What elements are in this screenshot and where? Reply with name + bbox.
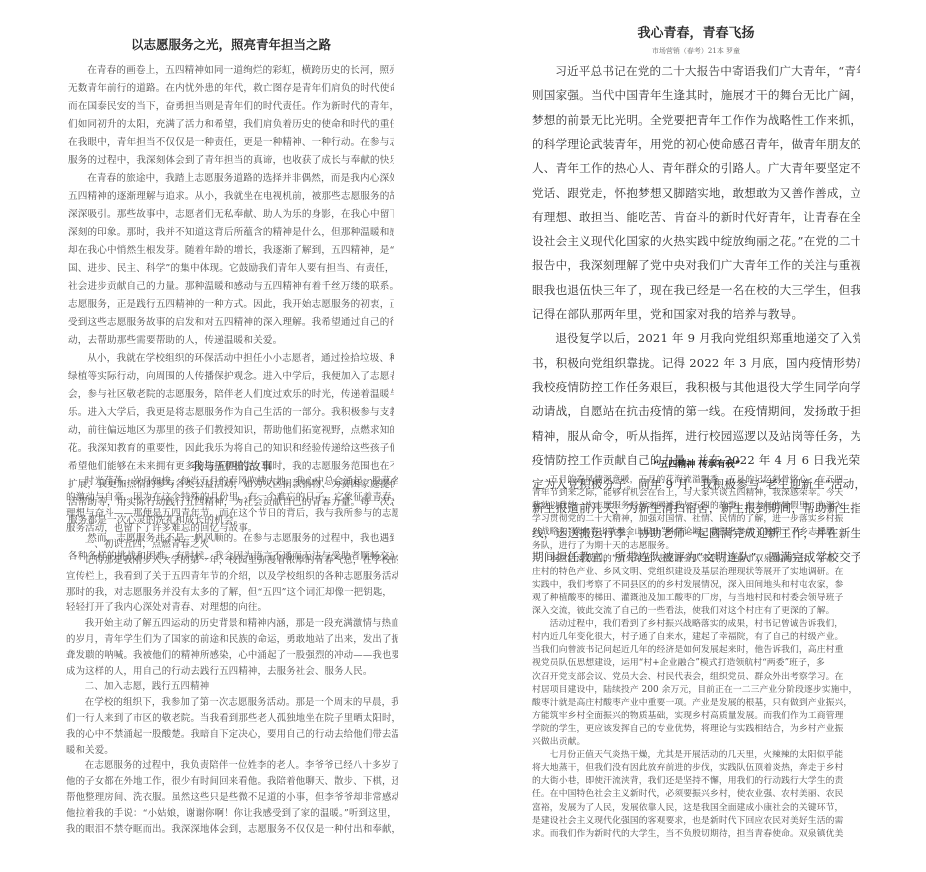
- text-line: 的大街小巷，即使汗流浃背，我们还是坚持不懈，用我们的行动践行大学生的责: [532, 775, 862, 788]
- text-line: 乐。进入大学后，我更是将志愿服务作为自己生活的一部分。我积极参与支教活: [68, 404, 394, 422]
- text-line: 我的眼泪不禁夺眶而出。我深深地体会到，志愿服务不仅仅是一种付出和奉献，: [66, 822, 398, 838]
- text-line: 酸枣汁就是高庄村酸枣产业中重要一项。产业是发展的根基，只有做到产业振兴，: [532, 697, 862, 710]
- text-line: 从小，我就在学校组织的环保活动中担任小小志愿者，通过捡拾垃圾、种植: [68, 350, 394, 368]
- text-line: 而在国泰民安的当下，奋勇担当则是青年们的时代责任。作为新时代的青年，我: [68, 98, 394, 116]
- text-line: 庄村的特色产业、乡风文明、党组织建设及基层治理现状等展开了实地调研。在: [532, 566, 862, 579]
- text-line: 无数青年前行的道路。在内忧外患的年代，救亡图存是青年们肩负的时代使命；: [68, 80, 394, 98]
- text-line: 视党员队伍思想建设，运用“村+企业融合”模式打造领航村“两委”班子，多: [532, 657, 862, 670]
- text-line: 书，积极向党组织靠拢。记得 2022 年 3 月底，国内疫情形势严峻，: [532, 351, 860, 375]
- text-line: 国、进步、民主、科学”的集中体现。它鼓励我们青年人要有担当、有责任，为: [68, 260, 394, 278]
- text-line: 我开始主动了解五四运动的历史背景和精神内涵，那是一段充满激情与热血: [66, 616, 398, 632]
- text-line: 在青春的画卷上，五四精神如同一道绚烂的彩虹，横跨历史的长河，照亮了: [68, 62, 394, 80]
- text-line: 服务的过程中，我深刻体会到了青年担当的真谛，也收获了成长与奉献的快乐。: [68, 152, 394, 170]
- text-line: 受到这些志愿服务故事的启发和对五四精神的深入理解。我希望通过自己的行: [68, 314, 394, 332]
- document-title: 我与五四的故事: [66, 456, 398, 476]
- text-line: 村居项目建设中，陆续投产 200 余万元，目前正在一二三产业分阶段逐步实施中，: [532, 684, 862, 697]
- text-line: 实践中，我们考察了不同县区的的乡村发展情况，深入田间地头和村屯农家，参: [532, 579, 862, 592]
- text-line: 任。在中国特色社会主义新时代，必须要振兴乡村，使农业强、农村美丽、农民: [532, 788, 862, 801]
- text-line: 社会进步贡献自己的力量。那种温暖和感动与五四精神有着千丝万缕的联系。而: [68, 278, 394, 296]
- text-line: 眼我也退伍快三年了，现在我已经是一名在校的大三学生，但我永远: [532, 278, 860, 302]
- text-line: 帮他整理房间、洗衣服。虽然这些只是些微不足道的小事，但李爷爷却非常感动。: [66, 790, 398, 806]
- document-author-line: 市场营销（春考）21本 罗童: [532, 46, 860, 56]
- text-line: 富裕，发展为了人民，发展依靠人民，这是我国全面建成小康社会的关键环节，: [532, 802, 862, 815]
- text-line: 我就以我的一次志愿服务经历来阐述我与五四的故事。在去年的暑假里，为深入: [532, 500, 862, 513]
- text-line: 却在我心中悄然生根发芽。随着年龄的增长，我逐渐了解到，五四精神，是“爱: [68, 242, 394, 260]
- text-line: 动，去帮助那些需要帮助的人，传递温暖和关爱。: [68, 332, 394, 350]
- text-line: 我的心中不禁涌起一股酸楚。我暗自下定决心，要用自己的行动去给他们带去温: [66, 727, 398, 743]
- text-line: 五四精神的逐渐理解与追求。从小，我就坐在电视机前，被那些志愿服务的故事: [68, 188, 394, 206]
- text-line: 的激动与自豪，因为在这个特殊的月份里，有一个难忘的日子，它象征着青春、: [66, 490, 398, 506]
- text-line: 那时的我，对志愿服务并没有太多的了解，但“五四”这个词汇却像一把钥匙，: [66, 585, 398, 601]
- text-line: 求。而我们作为新时代的大学生，当不负殷切期待，担当青春使命。双泉镇优美: [532, 828, 862, 841]
- text-line: 当我们向曾波书记问起近几年的经济是如何发展起来时，他告诉我们，高庄村重: [532, 644, 862, 657]
- text-line: 人、青年工作的热心人、青年群众的引路人。广大青年要坚定不移听: [532, 156, 860, 180]
- document-page-1: 以志愿服务之光，照亮青年担当之路 在青春的画卷上，五四精神如同一道绚烂的彩虹，横…: [68, 36, 394, 436]
- document-title: 我心青春，青春飞扬: [532, 24, 860, 44]
- text-line: 暖和关爱。: [66, 743, 398, 759]
- text-line: 五月的春风情深意暖，五月的花海流溢飘香，五月的记忆刻骨铭心。在五四: [532, 474, 862, 487]
- text-line: 他拉着我的手说：“小姑娘，谢谢你啊！你让我感受到了家的温暖。”听到这里，: [66, 806, 398, 822]
- text-line: 有理想、敢担当、能吃苦、肯奋斗的新时代好青年，让青春在全面建: [532, 205, 860, 229]
- text-line: 习近平总书记在党的二十大报告中寄语我们广大青年，“青年强: [532, 59, 860, 83]
- text-line: 观了种植酸枣的梯田、灌溉池及加工酸枣的厂房，与当地村民和村委会领导班子: [532, 592, 862, 605]
- text-line: 聋发聩的呐喊。我被他们的精神所感染，心中涌起了一股强烈的冲动——我也要: [66, 648, 398, 664]
- text-line: 是建设社会主义现代化强国的客观要求，也是新时代下回应农民对美好生活的需: [532, 815, 862, 828]
- text-line: 则国家强。当代中国青年生逢其时，施展才干的舞台无比广阔，实现: [532, 83, 860, 107]
- text-line: 动请战，自愿站在抗击疫情的第一线。在疫情期间，发扬敢于担当的: [532, 399, 860, 423]
- text-line: 服务活动，也留下了许多难忘的回忆与故事。: [66, 521, 398, 537]
- document-title: 以志愿服务之光，照亮青年担当之路: [68, 36, 394, 54]
- document-page-4: “五四精神 传承有我” 五月的春风情深意暖，五月的花海流溢飘香，五月的记忆刻骨铭…: [532, 458, 862, 842]
- text-line: 我校疫情防控工作任务艰巨，我积极与其他退役大学生同学向学院主: [532, 375, 860, 399]
- text-line: 青年节到来之际，能够有机会在台上，与大家共谈五四精神，我深感荣幸。今天: [532, 487, 862, 500]
- text-line: 方能筑牢乡村全面振兴的物质基础，实现乡村高质量发展。而我们作为工商管理: [532, 710, 862, 723]
- text-line: 党话、跟党走，怀抱梦想又脚踏实地，敢想敢为又善作善成，立志做: [532, 181, 860, 205]
- text-line: 在青春的旅途中，我踏上志愿服务道路的选择并非偶然，而是我内心深处对: [68, 170, 394, 188]
- text-line: 宣传栏上，我看到了关于五四青年节的介绍，以及学校组织的各种志愿服务活动。: [66, 569, 398, 585]
- text-line: 他的子女都在外地工作，很少有时间回来看他。我陪着他聊天、散步、下棋，还: [66, 774, 398, 790]
- text-line: 退役复学以后，2021 年 9 月我向党组织郑重地递交了入党申请: [532, 326, 860, 350]
- text-line: 二、加入志愿，践行五四精神: [66, 679, 398, 695]
- text-line: 的科学理论武装青年，用党的初心使命感召青年，做青年朋友的知心: [532, 132, 860, 156]
- document-title: “五四精神 传承有我”: [532, 458, 862, 472]
- text-line: 精神，服从命令，听从指挥，进行校园巡逻以及站岗等任务，为学校: [532, 424, 860, 448]
- text-line: 的岁月，青年学生们为了国家的前途和民族的命运，勇敢地站了出来，发出了振: [66, 632, 398, 648]
- document-page-2: 我心青春，青春飞扬 市场营销（春考）21本 罗童 习近平总书记在党的二十大报告中…: [532, 24, 860, 414]
- text-line: 务队，进行了为期十天的志愿服务。: [532, 540, 862, 553]
- text-line: 深入交流，彼此交流了自己的一些看法，使我们对这个村庄有了更深的了解。: [532, 605, 862, 618]
- text-line: 报告中，我深刻理解了党中央对我们广大青年工作的关注与重视。转: [532, 253, 860, 277]
- text-line: 村内近几年变化很大，村子通了自来水，建起了幸福院，有了自己的村级产业。: [532, 631, 862, 644]
- text-line: 深刻的印象。那时，我并不知道这背后所蕴含的精神是什么，但那种温暖和感动: [68, 224, 394, 242]
- text-line: 梦想的前景无比光明。全党要把青年工作作为战略性工作来抓，用党: [532, 108, 860, 132]
- text-line: 理想与奋斗——那便是五四青年节。而在这个节日的背后，我与我所参与的志愿: [66, 506, 398, 522]
- text-line: 深深吸引。那些故事中，志愿者们无私奉献、助人为乐的身影，在我心中留下了: [68, 206, 394, 224]
- text-line: 在志愿服务的过程中，我负责陪伴一位姓李的老人。李爷爷已经八十多岁了，: [66, 758, 398, 774]
- text-line: 兴做出贡献。: [532, 736, 862, 749]
- text-line: 七月份正值天气炎热干燥，尤其是开展活动的几天里，火辣辣的太阳似乎能: [532, 749, 862, 762]
- text-line: 会，参与社区敬老院的志愿服务，陪伴老人们度过欢乐的时光，传递着温暖与快: [68, 386, 394, 404]
- text-line: 绿植等实际行动，向周围的人传播保护观念。进入中学后，我便加入了志愿者协: [68, 368, 394, 386]
- text-line: 本次活动我们的“萤火荣光”志愿服务队来到了济南市双泉镇高庄村，对高: [532, 553, 862, 566]
- text-line: 在学校的组织下，我参加了第一次志愿服务活动。那是一个周末的早晨，我: [66, 695, 398, 711]
- text-line: 一、初识五四，点燃青春之火: [66, 537, 398, 553]
- text-line: 设社会主义现代化国家的火热实践中绽放绚丽之花。”在党的二十大: [532, 229, 860, 253]
- text-line: 动，前往偏远地区为那里的孩子们教授知识，帮助他们拓宽视野，点燃求知的火: [68, 422, 394, 440]
- text-line: 兴战略和“绿水青山就是金山银山”科学论断，我报名参加了暑期三下乡志愿服: [532, 526, 862, 539]
- text-line: 次召开党支部会议、党员大会、村民代表会，组织党员、群众外出考察学习。在: [532, 671, 862, 684]
- text-line: 在我眼中，青年担当不仅仅是一种责任，更是一种精神、一种行动。在参与志愿: [68, 134, 394, 152]
- text-line: 将大地蒸干，但我们没有因此放弃前进的步伐，实践队伍顶着炎热，奔走于乡村: [532, 762, 862, 775]
- text-line: 们一行人来到了市区的敬老院。当我看到那些老人孤独地坐在院子里晒太阳时，: [66, 711, 398, 727]
- text-line: 们如同初升的太阳，充满了活力和希望，我们肩负着历史的使命和时代的重任。: [68, 116, 394, 134]
- text-line: 志愿服务，正是践行五四精神的一种方式。因此，我开始志愿服务的初衷，正是: [68, 296, 394, 314]
- text-line: 时光荏苒，岁月如梭，每当五月的春风吹拂大地，我心中总会涌起一股莫名: [66, 474, 398, 490]
- text-line: 学院的学生，更应该发挥自己的专业优势，将理论与实践相结合，为乡村产业振: [532, 723, 862, 736]
- text-line: 记得在部队那两年里，党和国家对我的培养与教导。: [532, 302, 860, 326]
- text-line: 活动过程中，我们看到了乡村振兴战略落实的成果，村书记曾诚告诉我们，: [532, 618, 862, 631]
- text-line: 成为这样的人，用自己的行动去践行五四精神，去服务社会、服务人民。: [66, 664, 398, 680]
- text-line: 记得那是我刚步入大学的第一年，校园里弥漫着浓厚的青春气息，在学校的: [66, 553, 398, 569]
- text-line: 学习贯彻党的二十大精神，加强对国情、社情、民情的了解，进一步落实乡村振: [532, 513, 862, 526]
- document-page-3: 我与五四的故事 时光荏苒，岁月如梭，每当五月的春风吹拂大地，我心中总会涌起一股莫…: [66, 456, 398, 846]
- text-line: 轻轻打开了我内心深处对青春、对理想的向往。: [66, 600, 398, 616]
